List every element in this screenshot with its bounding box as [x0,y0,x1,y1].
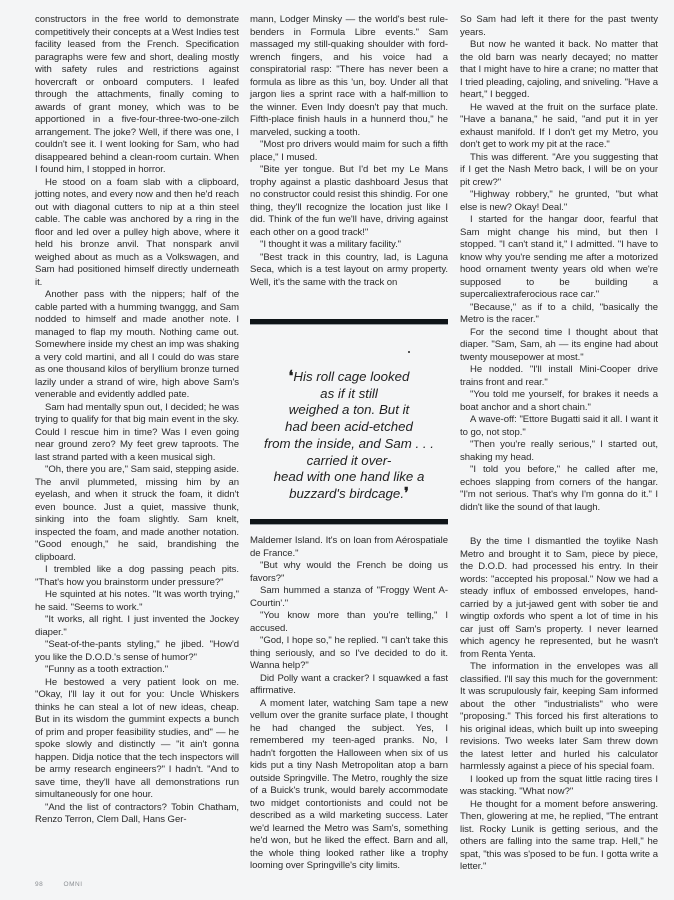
paragraph: "Best track in this country, lad, is Lag… [250,252,448,290]
paragraph: Another pass with the nippers; half of t… [35,289,239,402]
paragraph: He thought for a moment before answering… [460,799,658,874]
paragraph: "Bite yer tongue. But I'd bet my Le Mans… [250,164,448,239]
article-column-3-bottom: By the time I dismantled the toylike Nas… [460,536,658,874]
paragraph: This was different. "Are you suggesting … [460,152,658,190]
paragraph: "You know more than you're telling," I a… [250,610,448,635]
paragraph: "Because," as if to a child, "basically … [460,302,658,327]
paragraph: He squinted at his notes. "It was worth … [35,589,239,614]
close-quote-icon: ❜ [404,485,409,502]
speck [408,351,410,353]
paragraph: "I thought it was a military facility." [250,239,448,252]
paragraph: For the second time I thought about that… [460,327,658,365]
paragraph: "I told you before," he called after me,… [460,464,658,514]
paragraph: "But why would the French be doing us fa… [250,560,448,585]
paragraph: A moment later, watching Sam tape a new … [250,698,448,873]
paragraph: "Then you're really serious," I started … [460,439,658,464]
paragraph: "Most pro drivers would maim for such a … [250,139,448,164]
paragraph: Maldemer Island. It's on loan from Aéros… [250,535,448,560]
paragraph: "You told me yourself, for brakes it nee… [460,389,658,414]
paragraph: Sam hummed a stanza of "Froggy Went A-Co… [250,585,448,610]
pull-quote-text: ❛His roll cage looked as if it still wei… [250,369,448,503]
paragraph: constructors in the free world to demons… [35,14,239,177]
paragraph: He nodded. "I'll install Mini-Cooper dri… [460,364,658,389]
paragraph: So Sam had left it there for the past tw… [460,14,658,39]
page-folio: 98 OMNI [35,881,101,888]
paragraph: I started for the hangar door, fearful t… [460,214,658,302]
article-column-2-top: mann, Lodger Minsky — the world's best r… [250,14,448,289]
paragraph: "It works, all right. I just invented th… [35,614,239,639]
article-column-1: constructors in the free world to demons… [35,14,239,827]
paragraph: I looked up from the squat little racing… [460,774,658,799]
paragraph: "God, I hope so," he replied. "I can't t… [250,635,448,673]
paragraph: "And the list of contractors? Tobin Chat… [35,802,239,827]
paragraph: A wave-off: "Ettore Bugatti said it all.… [460,414,658,439]
paragraph: mann, Lodger Minsky — the world's best r… [250,14,448,139]
divider-rule-bottom [250,519,448,525]
paragraph: But now he wanted it back. No matter tha… [460,39,658,102]
article-column-2-bottom: Maldemer Island. It's on loan from Aéros… [250,535,448,873]
paragraph: The information in the envelopes was all… [460,661,658,774]
pull-quote: ❛His roll cage looked as if it still wei… [250,319,448,527]
magazine-name: OMNI [64,881,83,888]
paragraph: I trembled like a dog passing peach pits… [35,564,239,589]
paragraph: "Funny as a tooth extraction." [35,664,239,677]
paragraph: He bestowed a very patient look on me. "… [35,677,239,802]
paragraph: "Seat-of-the-pants styling," he jibed. "… [35,639,239,664]
paragraph: Did Polly want a cracker? I squawked a f… [250,673,448,698]
page-number: 98 [35,881,43,888]
paragraph: By the time I dismantled the toylike Nas… [460,536,658,661]
paragraph: "Highway robbery," he grunted, "but what… [460,189,658,214]
paragraph: "Oh, there you are," Sam said, stepping … [35,464,239,564]
divider-rule-top [250,319,448,325]
paragraph: He waved at the fruit on the surface pla… [460,102,658,152]
article-column-3-top: So Sam had left it there for the past tw… [460,14,658,514]
paragraph: He stood on a foam slab with a clipboard… [35,177,239,290]
paragraph: Sam had mentally spun out, I decided; he… [35,402,239,465]
